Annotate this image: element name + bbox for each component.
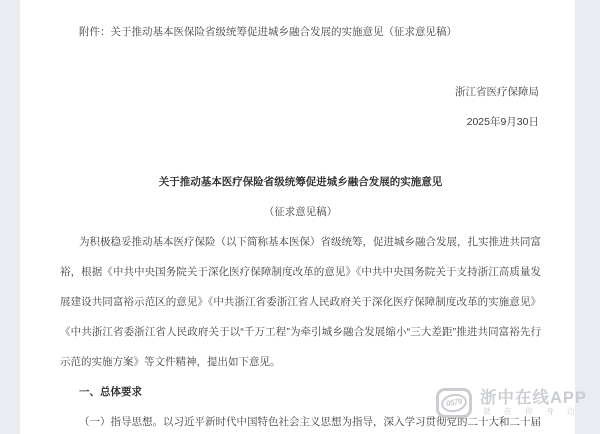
intro-paragraph: 为积极稳妥推动基本医疗保险（以下简称基本医保）省级统筹，促进城乡融合发展，扎实推… — [60, 227, 541, 377]
document-content: 附件：关于推动基本医保险省级统筹促进城乡融合发展的实施意见（征求意见稿） 浙江省… — [60, 17, 541, 434]
app-logo-icon: 0579 — [436, 388, 472, 418]
app-logo-oval: 0579 — [440, 392, 469, 414]
blank-line — [60, 137, 541, 167]
blank-line — [60, 47, 541, 77]
app-watermark: 0579 浙中在线APP 就在你身边 — [436, 388, 588, 418]
issuer-line: 浙江省医疗保障局 — [60, 77, 541, 107]
watermark-text: 浙中在线APP 就在你身边 — [480, 390, 588, 417]
document-subtitle: （征求意见稿） — [60, 197, 541, 227]
attachment-line: 附件：关于推动基本医保险省级统筹促进城乡融合发展的实施意见（征求意见稿） — [60, 17, 541, 47]
document-page: 附件：关于推动基本医保险省级统筹促进城乡融合发展的实施意见（征求意见稿） 浙江省… — [20, 0, 575, 434]
date-line: 2025年9月30日 — [60, 107, 541, 137]
watermark-slogan: 就在你身边 — [480, 407, 588, 417]
watermark-app-name: 浙中在线APP — [480, 390, 588, 407]
document-title: 关于推动基本医疗保险省级统筹促进城乡融合发展的实施意见 — [60, 167, 541, 197]
app-logo-text: 0579 — [446, 398, 463, 409]
